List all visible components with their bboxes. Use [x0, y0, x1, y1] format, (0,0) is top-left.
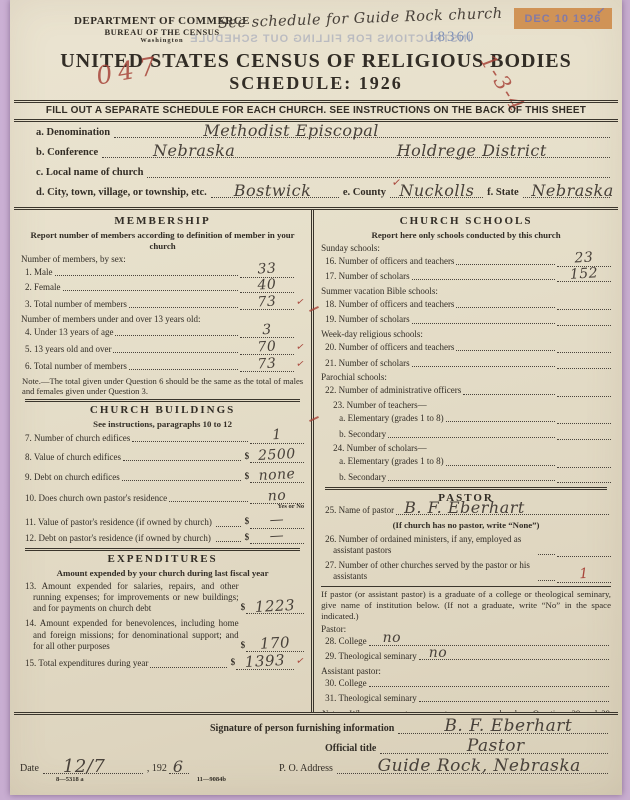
dotted-leader	[129, 307, 238, 308]
local-name-field	[147, 165, 610, 178]
q17-answer-line: 152	[557, 270, 611, 282]
q18-row: 18. Number of officers and teachers	[321, 298, 611, 310]
dollar-sign: $	[231, 657, 236, 668]
q27-row: 27. Number of other churches served by t…	[321, 560, 611, 583]
q23-label: 23. Number of teachers—	[321, 400, 611, 411]
q15-value: 1393	[245, 651, 286, 672]
q6-value: 73	[257, 355, 277, 373]
q16-row: 16. Number of officers and teachers 23	[321, 255, 611, 267]
q3-total-row: 3. Total number of members 73 ✓	[21, 297, 304, 311]
q22-row: 22. Number of administrative officers	[321, 385, 611, 397]
right-column: CHURCH SCHOOLS Report here only schools …	[311, 210, 618, 712]
q4-answer-line: 3	[240, 326, 294, 338]
q25-answer-line: B. F. Eberhart	[396, 514, 609, 515]
q24-label: 24. Number of scholars—	[321, 443, 611, 454]
q22-label: 22. Number of administrative officers	[321, 385, 461, 396]
date-address-row: Date 12/7 , 192 6 8—5318 a 11—9084b P. O…	[20, 760, 612, 774]
denomination-value: Methodist Episcopal	[203, 121, 379, 140]
district-value: Holdrege District	[397, 141, 547, 160]
q9-label: 9. Debt on church edifices	[21, 472, 120, 483]
q14-label: 14. Amount expended for benevolences, in…	[21, 618, 239, 652]
q10-label: 10. Does church own pastor's residence	[21, 493, 167, 504]
dollar-sign: $	[245, 451, 250, 462]
po-address-line: Guide Rock, Nebraska	[337, 760, 608, 774]
state-label: f. State	[487, 187, 519, 198]
official-title-line: Pastor	[380, 740, 608, 754]
po-address-label: P. O. Address	[279, 763, 333, 774]
q5-answer-line: 70	[240, 343, 294, 355]
dotted-leader	[216, 541, 240, 542]
q19-label: 19. Number of scholars	[321, 314, 409, 325]
q27-answer-line: 1	[557, 571, 611, 583]
q31-row: 31. Theological seminary	[321, 693, 611, 704]
q1-male-row: 1. Male 33	[21, 266, 304, 278]
q9-answer-line: none	[250, 471, 304, 483]
date-value: 12/7	[63, 756, 105, 777]
q29-answer-line: no	[419, 659, 609, 660]
q2-value: 40	[257, 276, 277, 294]
q6-answer-line: 73	[240, 360, 294, 372]
denomination-row: a. Denomination Methodist Episcopal	[36, 125, 614, 138]
red-margin-tick	[309, 416, 319, 422]
conference-row: b. Conference Nebraska Holdrege District	[36, 145, 614, 158]
dotted-leader	[446, 465, 555, 466]
buildings-title: CHURCH BUILDINGS	[21, 404, 304, 418]
official-title-row: Official title Pastor	[325, 740, 612, 754]
dotted-leader	[463, 394, 555, 395]
city-value: Bostwick	[234, 181, 312, 200]
instruction-banner: FILL OUT A SEPARATE SCHEDULE FOR EACH CH…	[14, 100, 618, 122]
dotted-leader	[456, 307, 555, 308]
dotted-leader	[412, 279, 555, 280]
red-checkmark-q6: ✓	[295, 358, 305, 372]
q28-value: no	[383, 630, 401, 648]
q12-value: —	[269, 528, 284, 546]
q29-label: 29. Theological seminary	[321, 651, 417, 662]
q25-row: 25. Name of pastor B. F. Eberhart	[321, 505, 611, 516]
q29-value: no	[429, 645, 447, 663]
q30-label: 30. College	[321, 678, 367, 689]
red-checkmark-top: ✓	[595, 4, 607, 18]
dotted-leader	[150, 667, 226, 668]
dollar-sign: $	[241, 640, 246, 651]
dotted-leader	[446, 421, 555, 422]
q12-row: 12. Debt on pastor's residence (if owned…	[21, 532, 304, 544]
q25-note: (If church has no pastor, write “None”)	[321, 520, 611, 531]
date-group: Date 12/7 , 192 6 8—5318 a 11—9084b	[20, 760, 265, 774]
q21-label: 21. Number of scholars	[321, 358, 409, 369]
pastor-note-lead: Note.—Where one pastor serves two or mor…	[322, 708, 610, 712]
buildings-subtitle: See instructions, paragraphs 10 to 12	[21, 419, 304, 430]
q23b-answer-line	[557, 428, 611, 440]
county-label: e. County	[343, 187, 386, 198]
schools-title: CHURCH SCHOOLS	[321, 215, 611, 229]
red-margin-tick	[309, 306, 319, 312]
q10-row: 10. Does church own pastor's residence n…	[21, 492, 304, 504]
q28-label: 28. College	[321, 636, 367, 647]
conference-field: Nebraska Holdrege District	[102, 145, 610, 158]
sunday-schools-label: Sunday schools:	[321, 243, 611, 254]
dollar-sign: $	[245, 532, 250, 543]
q11-answer-line: —	[250, 517, 304, 529]
dotted-leader	[388, 480, 555, 481]
dotted-leader	[456, 350, 555, 351]
dotted-leader	[129, 369, 238, 370]
q26-answer-line	[557, 545, 611, 557]
q8-row: 8. Value of church edifices $ 2500	[21, 451, 304, 463]
q25-label: 25. Name of pastor	[321, 505, 394, 516]
church-identity-section: R a. Denomination Methodist Episcopal b.…	[10, 121, 622, 207]
conference-label: b. Conference	[36, 147, 98, 158]
dotted-leader	[456, 264, 555, 265]
dotted-leader	[113, 352, 238, 353]
dotted-leader	[169, 501, 248, 502]
dotted-leader	[63, 290, 239, 291]
official-title-value: Pastor	[467, 736, 525, 756]
section-divider	[325, 487, 607, 490]
state-field: Nebraska	[523, 185, 610, 198]
pastor-note: Note.—Where one pastor serves two or mor…	[322, 708, 610, 712]
q9-row: 9. Debt on church edifices $ none	[21, 471, 304, 483]
form-code-left: 8—5318 a	[56, 776, 84, 783]
signature-section: Signature of person furnishing informati…	[10, 715, 622, 774]
form-codes: 8—5318 a 11—9084b	[56, 776, 226, 783]
state-value: Nebraska	[531, 181, 613, 200]
form-body-columns: MEMBERSHIP Report number of members acco…	[14, 210, 618, 712]
red-checkmark-q15: ✓	[295, 656, 305, 670]
date-printed-suffix: , 192	[147, 763, 167, 774]
q13-label: 13. Amount expended for salaries, repair…	[21, 581, 239, 615]
po-address-value: Guide Rock, Nebraska	[378, 756, 581, 776]
q20-label: 20. Number of officers and teachers	[321, 342, 454, 353]
dollar-sign: $	[245, 516, 250, 527]
q3-answer-line: 73	[240, 298, 294, 310]
q27-value: 1	[579, 566, 589, 584]
q2-answer-line: 40	[240, 281, 294, 293]
census-form-scan: INSTRUCTIONS FOR FILLING OUT SCHEDULE DE…	[10, 0, 622, 795]
expenditures-subtitle: Amount expended by your church during la…	[21, 568, 304, 579]
received-date-stamp: DEC 10 1926 ✓	[514, 8, 612, 29]
dotted-leader	[55, 275, 239, 276]
q14-row: 14. Amount expended for benevolences, in…	[21, 618, 304, 652]
denomination-label: a. Denomination	[36, 127, 110, 138]
q8-label: 8. Value of church edifices	[21, 452, 121, 463]
q2-label: 2. Female	[21, 282, 61, 293]
location-row: d. City, town, village, or township, etc…	[36, 185, 614, 198]
q7-row: 7. Number of church edifices 1	[21, 432, 304, 444]
schools-subtitle: Report here only schools conducted by th…	[321, 230, 611, 241]
q30-answer-line	[369, 686, 609, 687]
denomination-field: Methodist Episcopal	[114, 125, 610, 138]
q13-money: $ 1223	[239, 602, 305, 614]
q19-answer-line	[557, 314, 611, 326]
date-label: Date	[20, 763, 39, 774]
expenditures-title: EXPENDITURES	[21, 553, 304, 567]
q18-answer-line	[557, 298, 611, 310]
q24a-answer-line	[557, 456, 611, 468]
q8-answer-line: 2500	[250, 451, 304, 463]
weekday-schools-label: Week-day religious schools:	[321, 329, 611, 340]
q20-answer-line	[557, 341, 611, 353]
q31-answer-line	[419, 701, 609, 702]
q5-over13-row: 5. 13 years old and over 70 ✓	[21, 342, 304, 356]
signature-label: Signature of person furnishing informati…	[210, 723, 394, 734]
q9-value: none	[258, 466, 296, 485]
q13-value: 1223	[255, 596, 296, 617]
dotted-leader	[123, 460, 241, 461]
q4-label: 4. Under 13 years of age	[21, 327, 113, 338]
q3-value: 73	[257, 293, 277, 311]
q15-row: 15. Total expenditures during year $ 139…	[21, 656, 304, 670]
local-name-label: c. Local name of church	[36, 167, 143, 178]
q5-label: 5. 13 years old and over	[21, 344, 111, 355]
pastor-group-label: Pastor:	[321, 624, 611, 635]
q17-label: 17. Number of scholars	[321, 271, 409, 282]
handwritten-top-note: See schedule for Guide Rock church	[218, 4, 548, 32]
q19-row: 19. Number of scholars	[321, 314, 611, 326]
dotted-leader	[412, 323, 555, 324]
form-header: INSTRUCTIONS FOR FILLING OUT SCHEDULE DE…	[10, 0, 622, 121]
q26-label: 26. Number of ordained ministers, if any…	[321, 534, 536, 557]
q26-row: 26. Number of ordained ministers, if any…	[321, 534, 611, 557]
q24b-answer-line	[557, 471, 611, 483]
q24a-row: a. Elementary (grades 1 to 8)	[321, 456, 611, 468]
local-name-row: c. Local name of church	[36, 165, 614, 178]
q4-value: 3	[262, 321, 272, 339]
q23a-answer-line	[557, 412, 611, 424]
q24a-label: a. Elementary (grades 1 to 8)	[321, 456, 443, 467]
q23b-label: b. Secondary	[321, 429, 386, 440]
office-city: Washington	[62, 37, 262, 44]
q13-row: 13. Amount expended for salaries, repair…	[21, 581, 304, 615]
q23a-label: a. Elementary (grades 1 to 8)	[321, 413, 443, 424]
q20-row: 20. Number of officers and teachers	[321, 341, 611, 353]
city-field: Bostwick	[211, 185, 339, 198]
dollar-sign: $	[241, 602, 246, 613]
signature-value: B. F. Eberhart	[444, 716, 572, 736]
dollar-sign: $	[245, 471, 250, 482]
date-line: 12/7	[43, 760, 143, 774]
q14-answer-line: 170	[246, 640, 304, 652]
dotted-leader	[115, 335, 238, 336]
q21-row: 21. Number of scholars	[321, 357, 611, 369]
q22-answer-line	[557, 385, 611, 397]
county-value: Nuckolls	[399, 181, 474, 200]
q11-row: 11. Value of pastor's residence (if owne…	[21, 516, 304, 528]
parochial-schools-label: Parochial schools:	[321, 372, 611, 383]
q7-label: 7. Number of church edifices	[21, 433, 130, 444]
q1-label: 1. Male	[21, 267, 53, 278]
section-divider	[25, 399, 300, 402]
dotted-leader	[388, 437, 555, 438]
county-field: ✓ Nuckolls	[390, 185, 483, 198]
q6-total-row: 6. Total number of members 73 ✓	[21, 359, 304, 373]
section-divider	[25, 548, 300, 551]
q12-label: 12. Debt on pastor's residence (if owned…	[21, 533, 214, 544]
q5-value: 70	[257, 338, 277, 356]
q11-label: 11. Value of pastor's residence (if owne…	[21, 517, 214, 528]
year-digit-value: 6	[173, 757, 184, 776]
dotted-leader	[538, 554, 555, 555]
q7-answer-line: 1	[250, 432, 304, 444]
dotted-leader	[122, 480, 241, 481]
q17-value: 152	[569, 265, 598, 284]
yes-or-no-hint: Yes or No	[278, 503, 305, 511]
q21-answer-line	[557, 357, 611, 369]
q23b-row: b. Secondary	[321, 428, 611, 440]
q3-label: 3. Total number of members	[21, 299, 127, 310]
q8-value: 2500	[258, 446, 297, 465]
q28-answer-line: no	[369, 645, 609, 646]
red-checkmark-q3: ✓	[295, 296, 305, 310]
signature-row: Signature of person furnishing informati…	[210, 720, 612, 734]
q30-row: 30. College	[321, 678, 611, 689]
q13-answer-line: 1223	[246, 602, 304, 614]
city-label: d. City, town, village, or township, etc…	[36, 187, 207, 198]
q6-label: 6. Total number of members	[21, 361, 127, 372]
dotted-leader	[538, 580, 555, 581]
q4-under13-row: 4. Under 13 years of age 3	[21, 326, 304, 338]
membership-subtitle: Report number of members according to de…	[21, 230, 304, 252]
q31-label: 31. Theological seminary	[321, 693, 417, 704]
q12-answer-line: —	[250, 532, 304, 544]
q2-female-row: 2. Female 40	[21, 281, 304, 293]
form-code-right: 11—9084b	[197, 776, 226, 783]
membership-note: Note.—The total given under Question 6 s…	[22, 376, 303, 397]
file-number-stamp: 18360	[428, 29, 476, 46]
assistant-group-label: Assistant pastor:	[321, 666, 611, 677]
q23a-row: a. Elementary (grades 1 to 8)	[321, 412, 611, 424]
graduate-note: If pastor (or assistant pastor) is a gra…	[321, 589, 611, 622]
q15-answer-line: 1393	[236, 658, 294, 670]
q24b-label: b. Secondary	[321, 472, 386, 483]
left-column: MEMBERSHIP Report number of members acco…	[14, 210, 311, 712]
date-stamp-text: DEC 10 1926	[524, 13, 601, 25]
summer-schools-label: Summer vacation Bible schools:	[321, 286, 611, 297]
q16-label: 16. Number of officers and teachers	[321, 256, 454, 267]
dotted-leader	[132, 441, 248, 442]
q29-row: 29. Theological seminary no	[321, 651, 611, 662]
signature-line: B. F. Eberhart	[398, 720, 608, 734]
red-checkmark-q5: ✓	[295, 341, 305, 355]
membership-title: MEMBERSHIP	[21, 215, 304, 229]
q17-row: 17. Number of scholars 152	[321, 270, 611, 282]
q7-value: 1	[272, 427, 282, 445]
po-address-group: P. O. Address Guide Rock, Nebraska	[279, 760, 612, 774]
official-title-label: Official title	[325, 743, 376, 754]
q28-row: 28. College no	[321, 636, 611, 647]
q18-label: 18. Number of officers and teachers	[321, 299, 454, 310]
q27-label: 27. Number of other churches served by t…	[321, 560, 536, 583]
dotted-leader	[412, 366, 555, 367]
dotted-leader	[216, 526, 240, 527]
q15-label: 15. Total expenditures during year	[21, 658, 148, 669]
conference-value: Nebraska	[153, 141, 235, 160]
q14-money: $ 170	[239, 640, 305, 652]
q24b-row: b. Secondary	[321, 471, 611, 483]
q25-value: B. F. Eberhart	[404, 498, 525, 518]
q10-answer-line: no Yes or No	[250, 492, 304, 504]
year-line: 6	[169, 760, 189, 774]
